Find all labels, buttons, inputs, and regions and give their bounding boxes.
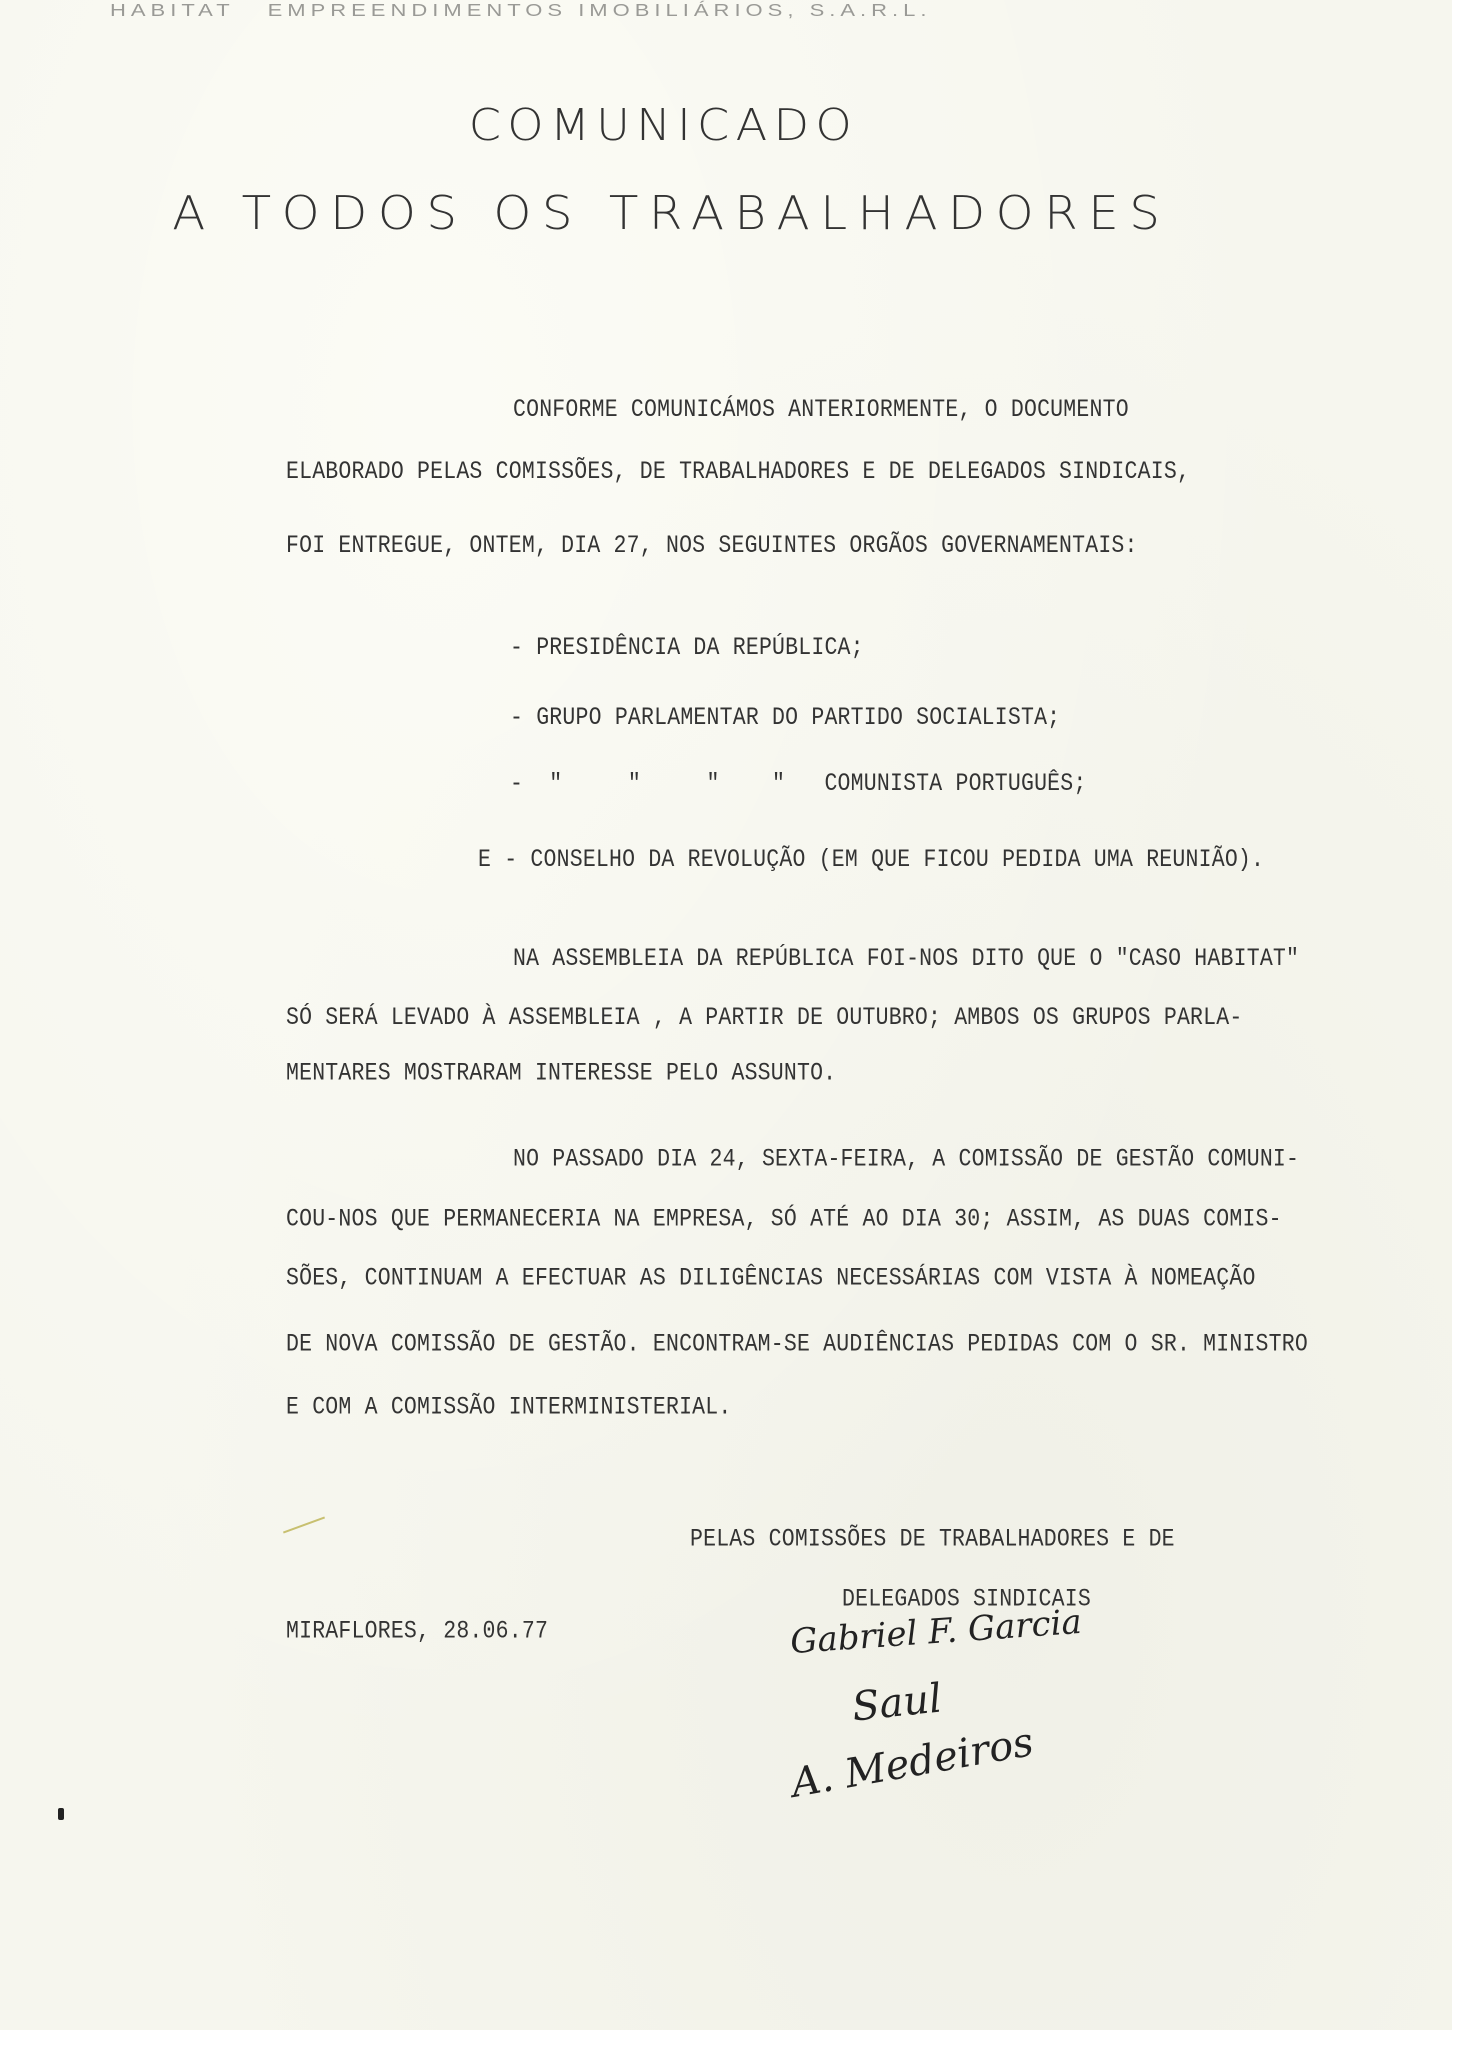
list-item-presidencia: - PRESIDÊNCIA DA REPÚBLICA; <box>510 634 864 662</box>
pencil-mark <box>283 1517 325 1534</box>
letterhead: HABITAT EMPREENDIMENTOS IMOBILIÁRIOS, S.… <box>110 0 932 21</box>
paragraph-3-line-3: SÕES, CONTINUAM A EFECTUAR AS DILIGÊNCIA… <box>286 1265 1256 1293</box>
list-item-pcp: - " " " " COMUNISTA PORTUGUÊS; <box>510 770 1087 798</box>
document-subtitle: A TODOS OS TRABALHADORES <box>172 186 1170 240</box>
document-page: HABITAT EMPREENDIMENTOS IMOBILIÁRIOS, S.… <box>0 0 1452 2030</box>
paragraph-3-line-4: DE NOVA COMISSÃO DE GESTÃO. ENCONTRAM-SE… <box>286 1331 1308 1359</box>
paragraph-3-line-5: E COM A COMISSÃO INTERMINISTERIAL. <box>286 1394 731 1422</box>
ink-speck <box>58 1808 64 1820</box>
signature-2: Saul <box>850 1675 944 1730</box>
paragraph-1-line-1: CONFORME COMUNICÁMOS ANTERIORMENTE, O DO… <box>513 396 1129 424</box>
list-item-conselho: E - CONSELHO DA REVOLUÇÃO (EM QUE FICOU … <box>478 846 1264 874</box>
paragraph-1-line-2: ELABORADO PELAS COMISSÕES, DE TRABALHADO… <box>286 458 1190 486</box>
signature-1: Gabriel F. Garcia <box>789 1602 1083 1662</box>
signature-3: A. Medeiros <box>788 1719 1037 1807</box>
paragraph-2-line-2: SÓ SERÁ LEVADO À ASSEMBLEIA , A PARTIR D… <box>286 1004 1242 1032</box>
paragraph-3-line-2: COU-NOS QUE PERMANECERIA NA EMPRESA, SÓ … <box>286 1206 1282 1234</box>
place-date: MIRAFLORES, 28.06.77 <box>286 1618 548 1646</box>
document-title: COMUNICADO <box>469 100 858 151</box>
list-item-ps: - GRUPO PARLAMENTAR DO PARTIDO SOCIALIST… <box>510 704 1060 732</box>
paragraph-3-line-1: NO PASSADO DIA 24, SEXTA-FEIRA, A COMISS… <box>513 1146 1299 1174</box>
paragraph-1-line-3: FOI ENTREGUE, ONTEM, DIA 27, NOS SEGUINT… <box>286 532 1138 560</box>
paragraph-2-line-3: MENTARES MOSTRARAM INTERESSE PELO ASSUNT… <box>286 1060 836 1088</box>
signatory-line-1: PELAS COMISSÕES DE TRABALHADORES E DE <box>690 1526 1175 1554</box>
paragraph-2-line-1: NA ASSEMBLEIA DA REPÚBLICA FOI-NOS DITO … <box>513 945 1299 973</box>
